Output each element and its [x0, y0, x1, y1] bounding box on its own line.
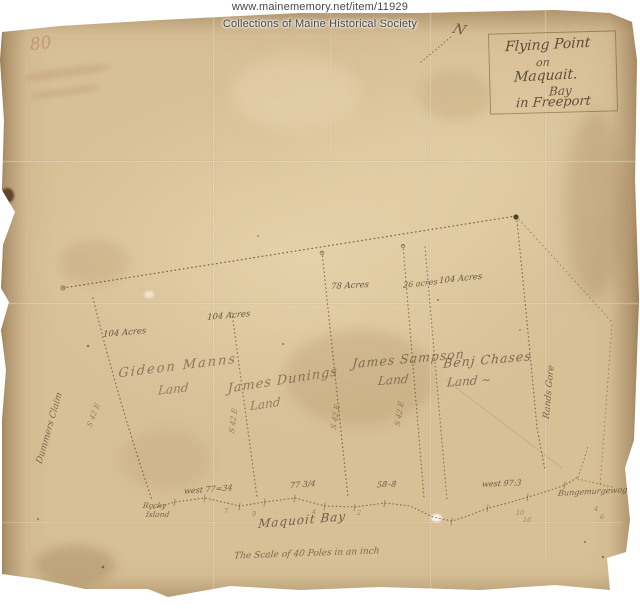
tick-number: 4: [594, 506, 598, 513]
map-title-line-3: Maquait.: [514, 67, 578, 84]
shore-ticks: [174, 482, 565, 525]
tick-number: 9: [252, 511, 256, 518]
tick-number: 4: [312, 509, 316, 516]
tick-number: 16: [523, 517, 531, 524]
tick-number: 7: [224, 508, 228, 515]
parcel-line-east: [517, 221, 545, 470]
rocky-island-label-2: Island: [145, 511, 169, 519]
collection-credit-watermark: Collections of Maine Historical Society: [0, 18, 640, 30]
item-url-watermark: www.mainememory.net/item/11929: [0, 1, 640, 13]
station-dot: [513, 214, 518, 219]
map-title-line-5: in Freeport: [516, 95, 592, 111]
shore-measurement-3: 58–8: [377, 481, 397, 490]
acreage-label-3: 78 Acres: [331, 281, 370, 292]
tick-number: 2: [357, 510, 361, 517]
rocky-island-label-1: Rocky: [142, 502, 166, 510]
gore-east-line: [600, 325, 612, 487]
gore-north-line: [516, 216, 612, 322]
shoreline-branch-up: [578, 446, 588, 477]
north-arrow-line: [421, 36, 452, 62]
parcel-land-label: Land: [158, 381, 189, 396]
tick-number: 6: [600, 514, 604, 521]
shore-measurement-4: west 97:3: [482, 479, 522, 488]
scanned-map-page: www.mainememory.net/item/11929 Collectio…: [0, 0, 640, 609]
parcel-land-label: Land ~: [446, 373, 492, 388]
ghost-docket-number: 80: [29, 35, 53, 55]
parcel-land-label: Land: [377, 373, 409, 387]
map-title-line-2: on: [536, 57, 550, 69]
